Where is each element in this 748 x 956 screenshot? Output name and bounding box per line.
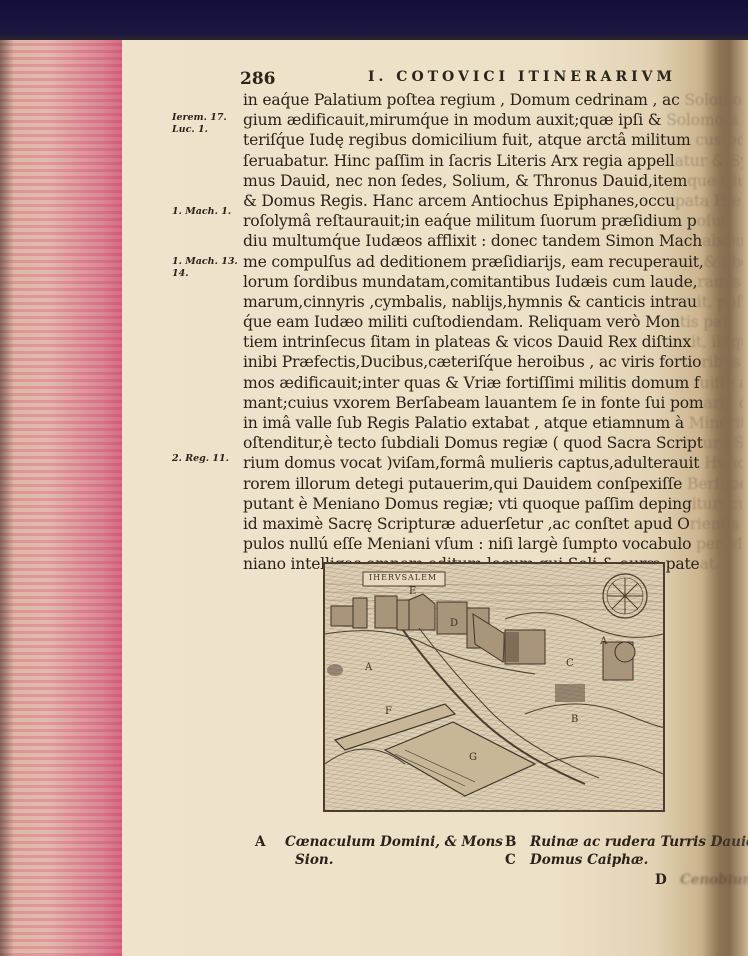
text-line-content: teriſq́ue Iudę regibus domicilium fuit, … — [243, 131, 695, 149]
marginal-note: 1. Mach. 13. — [172, 256, 238, 267]
text-line-content: roſolymâ reſtaurauit;in eaq́ue militum ſ… — [243, 212, 697, 230]
text-line-content: id maximè Sacrę Scripturæ aduerſetur ,ac… — [243, 515, 690, 533]
text-line-gutter-fade: Minoritis — [689, 414, 743, 432]
marginal-note: 1. Mach. 1. — [172, 206, 231, 217]
text-line-content: pulos nullú eſſe Meniani vſum : niſi lar… — [243, 535, 696, 553]
text-line: ſeruabatur. Hinc paſſim in ſacris Literi… — [243, 151, 743, 171]
marginal-note: 2. Reg. 11. — [172, 453, 229, 464]
text-line: teriſq́ue Iudę regibus domicilium fuit, … — [243, 130, 743, 150]
text-line-content: ſeruabatur. Hinc paſſim in ſacris Literi… — [243, 152, 675, 170]
text-line-content: tiem intrinſecus ſitam in plateas & vico… — [243, 333, 691, 351]
engraving-caption: IHERVSALEM — [369, 573, 437, 582]
text-line-gutter-fade: que Ciuitas — [687, 172, 743, 190]
text-line-gutter-fade: tis par — [680, 313, 730, 331]
text-line: rorem illorum detegi putauerim,qui Dauid… — [243, 474, 743, 494]
text-line: mant;cuius vxorem Berſabeam lauantem ſe … — [243, 393, 743, 413]
text-line-content: lorum ſordibus mundatam,comitantibus Iud… — [243, 273, 697, 291]
text-line-content: me compulſus ad deditionem præſidiarijs,… — [243, 253, 704, 271]
text-line: mos ædificauit;inter quas & Vriæ fortiſſ… — [243, 373, 743, 393]
legend-key: D — [655, 872, 667, 888]
label-g: G — [469, 752, 477, 763]
label-e: E — [409, 586, 416, 597]
legend-item-a: A Cœnaculum Domini, & Mons Sion. — [255, 834, 265, 850]
text-line-content: diu multumq́ue Iudæos afflixit : donec t… — [243, 232, 702, 250]
text-line-gutter-fade: ribus do — [701, 353, 743, 371]
page-number: 286 — [240, 69, 276, 89]
text-line: diu multumq́ue Iudæos afflixit : donec t… — [243, 231, 743, 251]
text-line-gutter-fade: arij, qui — [704, 394, 743, 412]
text-line: q́ue eam Iudæo militi cuſtodiendam. Reli… — [243, 312, 743, 332]
text-line: me compulſus ad deditionem præſidiarijs,… — [243, 252, 743, 272]
text-line-content: mant;cuius vxorem Berſabeam lauantem ſe … — [243, 394, 704, 412]
text-line-gutter-fade: ura Sola — [703, 434, 743, 452]
label-d: D — [450, 618, 458, 629]
marginal-note: Luc. 1. — [172, 124, 208, 135]
marginal-note: 14. — [172, 268, 189, 279]
running-title: I. COTOVICI ITINERARIVM — [368, 69, 676, 85]
body-text: in eaq́ue Palatium poſtea regium , Domum… — [243, 90, 743, 575]
legend-key: A — [255, 834, 265, 850]
label-a-left: A — [365, 662, 372, 673]
legend-text-cont: Sion. — [295, 852, 333, 868]
legend-text: Cœnaculum Domini, & Mons — [285, 834, 503, 850]
legend-text: Domus Caiphæ. — [530, 852, 648, 868]
text-line: marum,cinnyris ,cymbalis, nablijs,hymnis… — [243, 292, 743, 312]
legend-key: B — [505, 834, 516, 850]
text-line: in eaq́ue Palatium poſtea regium , Domum… — [243, 90, 743, 110]
legend-item-d: D Cenobium — [655, 872, 667, 888]
legend-item-b: B Ruinæ ac rudera Turris Dauid — [505, 834, 516, 850]
text-line-content: & Domus Regis. Hanc arcem Antiochus Epip… — [243, 192, 675, 210]
text-line: mus Dauid, nec non ſedes, Solium, & Thro… — [243, 171, 743, 191]
label-a-right: A — [600, 636, 607, 647]
text-line: lorum ſordibus mundatam,comitantibus Iud… — [243, 272, 743, 292]
text-line-gutter-fade: oſuit — [697, 212, 732, 230]
text-line-gutter-fade: per Me — [696, 535, 743, 553]
text-line-content: q́ue eam Iudæo militi cuſtodiendam. Reli… — [243, 313, 680, 331]
text-line-gutter-fade: Solomon — [684, 91, 743, 109]
text-line-gutter-fade: ramis pal — [697, 273, 743, 291]
text-line-gutter-fade: custodia — [695, 131, 743, 149]
text-line-gutter-fade: Solomoni — [666, 111, 738, 129]
text-line-gutter-fade: itur: cum — [692, 495, 743, 513]
text-line: in imâ valle ſub Regis Palatio extabat ,… — [243, 413, 743, 433]
text-line: oſtenditur,è tecto ſubdiali Domus regiæ … — [243, 433, 743, 453]
text-line-content: marum,cinnyris ,cymbalis, nablijs,hymnis… — [243, 293, 697, 311]
legend-key: C — [505, 852, 516, 868]
text-line: roſolymâ reſtaurauit;in eaq́ue militum ſ… — [243, 211, 743, 231]
text-line-content: oſtenditur,è tecto ſubdiali Domus regiæ … — [243, 434, 703, 452]
text-line-content: gium ædificauit,mirumq́ue in modum auxit… — [243, 111, 666, 129]
book-page-edge — [0, 40, 122, 956]
marginal-note: Ierem. 17. — [172, 112, 227, 123]
text-line-gutter-fade: rientis po — [690, 515, 743, 533]
engraving-illustration — [325, 564, 663, 810]
text-line-content: rorem illorum detegi putauerim,qui Dauid… — [243, 475, 687, 493]
text-line-content: putant è Meniano Domus regiæ; vti quoque… — [243, 495, 692, 513]
text-line-content: inibi Præfectis,Ducibus,cæteriſq́ue hero… — [243, 353, 701, 371]
text-line: id maximè Sacrę Scripturæ aduerſetur ,ac… — [243, 514, 743, 534]
text-line-gutter-fade: at. — [700, 555, 720, 573]
text-line: putant è Meniano Domus regiæ; vti quoque… — [243, 494, 743, 514]
text-line-gutter-fade: it, ibique — [691, 333, 743, 351]
text-line-content: mus Dauid, nec non ſedes, Solium, & Thro… — [243, 172, 687, 190]
text-line-content: in imâ valle ſub Regis Palatio extabat ,… — [243, 414, 689, 432]
legend-text: Cenobium — [680, 872, 748, 888]
legend-text: Ruinæ ac rudera Turris Dauid — [530, 834, 748, 850]
label-f: F — [385, 706, 392, 717]
text-line-content: mos ædificauit;inter quas & Vriæ fortiſſ… — [243, 374, 699, 392]
text-line-gutter-fade: atur & Syon — [675, 152, 743, 170]
text-line-gutter-fade: uiſſe affir — [699, 374, 743, 392]
text-line: gium ædificauit,mirumq́ue in modum auxit… — [243, 110, 743, 130]
text-line: tiem intrinſecus ſitam in plateas & vico… — [243, 332, 743, 352]
text-line-gutter-fade: Berſabeam — [687, 475, 743, 493]
text-line-gutter-fade: it, poſuitq; — [697, 293, 743, 311]
text-line-content: in eaq́ue Palatium poſtea regium , Domum… — [243, 91, 684, 109]
legend-item-c: C Domus Caiphæ. — [505, 852, 516, 868]
label-b: B — [571, 714, 578, 725]
text-line: & Domus Regis. Hanc arcem Antiochus Epip… — [243, 191, 743, 211]
jerusalem-engraving: IHERVSALEM E D C A A B F G — [323, 562, 665, 812]
text-line-content: rium domus vocat )viſam,formâ mulieris c… — [243, 454, 704, 472]
label-c: C — [566, 658, 574, 669]
text-line-gutter-fade: pata Hie — [675, 192, 741, 210]
text-line: pulos nullú eſſe Meniani vſum : niſi lar… — [243, 534, 743, 554]
scanner-background — [0, 0, 748, 40]
text-line-gutter-fade: abæus fa — [702, 232, 743, 250]
running-head: 286 I. COTOVICI ITINERARIVM — [240, 69, 710, 91]
text-line-gutter-fade: Hunc er — [704, 454, 743, 472]
text-line: rium domus vocat )viſam,formâ mulieris c… — [243, 453, 743, 473]
text-line-gutter-fade: & abomina — [704, 253, 743, 271]
text-line: inibi Præfectis,Ducibus,cæteriſq́ue hero… — [243, 352, 743, 372]
